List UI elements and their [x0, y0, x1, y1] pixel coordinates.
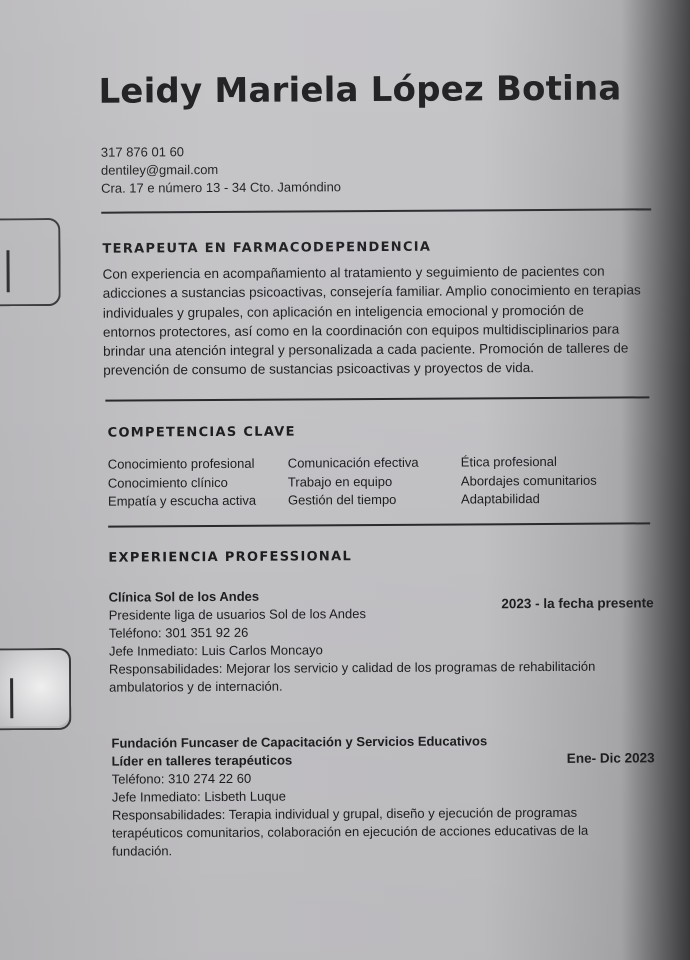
experience-title: EXPERIENCIA PROFESSIONAL: [108, 549, 352, 565]
phone: 317 876 01 60: [101, 142, 341, 161]
competency-item: Conocimiento clínico: [108, 473, 288, 493]
divider: [101, 208, 651, 213]
profile-summary: Con experiencia en acompañamiento al tra…: [103, 261, 642, 380]
binder-bar-top: [6, 250, 9, 292]
divider: [105, 396, 649, 401]
competency-item: Ética profesional: [461, 452, 661, 472]
divider: [108, 522, 650, 527]
job-date: Ene- Dic 2023: [567, 749, 655, 768]
competency-item: Conocimiento profesional: [108, 455, 288, 475]
job-entry: Clínica Sol de los Andes 2023 - la fecha…: [109, 585, 655, 696]
contact-block: 317 876 01 60 dentiley@gmail.com Cra. 17…: [101, 142, 341, 197]
address: Cra. 17 e número 13 - 34 Cto. Jamóndino: [101, 178, 341, 197]
competency-item: Comunicación efectiva: [288, 454, 461, 474]
competency-item: Empatía y escucha activa: [108, 492, 288, 512]
candidate-name: Leidy Mariela López Botina: [98, 69, 621, 112]
job-responsibilities: Responsabilidades: Terapia individual y …: [112, 803, 655, 860]
competencies-title: COMPETENCIAS CLAVE: [108, 425, 296, 441]
competencies-grid: Conocimiento profesional Comunicación ef…: [108, 452, 661, 511]
competency-item: Trabajo en equipo: [288, 472, 461, 492]
cv-page: Leidy Mariela López Botina 317 876 01 60…: [0, 0, 690, 960]
job-date: 2023 - la fecha presente: [501, 594, 653, 613]
binder-bar-bottom: [10, 678, 13, 718]
competency-item: Abordajes comunitarios: [461, 471, 661, 491]
job-entry: Fundación Funcaser de Capacitación y Ser…: [111, 731, 655, 860]
profile-title: TERAPEUTA EN FARMACODEPENDENCIA: [102, 240, 431, 257]
competency-item: Gestión del tiempo: [288, 491, 461, 511]
job-responsibilities: Responsabilidades: Mejorar los servicio …: [109, 657, 654, 696]
email: dentiley@gmail.com: [101, 160, 341, 179]
competency-item: Adaptabilidad: [461, 489, 661, 509]
